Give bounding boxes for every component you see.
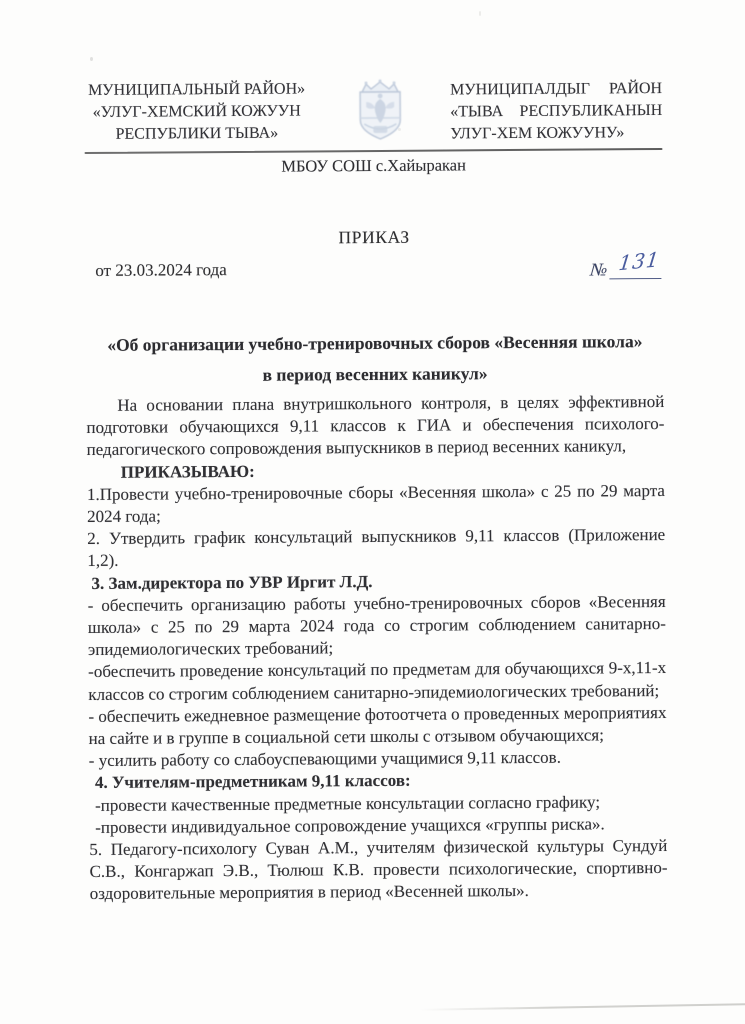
order-point-5: 5. Педагогу-психологу Суван А.М., учител… <box>89 835 667 906</box>
org-line: УЛУГ-ХЕМ КОЖУУНУ» <box>450 122 662 145</box>
order-point-3-sub-3: - обеспечить ежедневное размещение фотоо… <box>88 702 666 750</box>
org-line: МУНИЦИПАЛДЫГ РАЙОН <box>450 78 662 101</box>
org-line: «ТЫВА РЕСПУБЛИКАНЫН <box>450 100 662 123</box>
order-point-3-sub-1: - обеспечить организацию работы учебно-т… <box>88 591 666 662</box>
letterhead: МУНИЦИПАЛЬНЫЙ РАЙОН» «УЛУГ-ХЕМСКИЙ КОЖУУ… <box>84 76 662 148</box>
org-line: РЕСПУБЛИКИ ТЫВА» <box>84 122 309 146</box>
number-blank-line: 131 <box>609 257 661 279</box>
order-point-1: 1.Провести учебно-тренировочные сборы «В… <box>87 480 665 528</box>
org-line: МУНИЦИПАЛЬНЫЙ РАЙОН» <box>84 78 309 102</box>
order-point-3-sub-2: -обеспечить проведение консультаций по п… <box>88 657 666 705</box>
preamble: На основании плана внутришкольного контр… <box>86 391 664 462</box>
coat-of-arms-icon <box>349 78 411 146</box>
order-title: «Об организации учебно-тренировочных сбо… <box>86 326 664 392</box>
order-date: от 23.03.2024 года <box>85 260 227 281</box>
scan-speck <box>479 11 481 16</box>
order-title-line-1: «Об организации учебно-тренировочных сбо… <box>86 326 664 361</box>
scan-artifact-line <box>420 1003 745 1011</box>
org-name-tuvan: МУНИЦИПАЛДЫГ РАЙОН «ТЫВА РЕСПУБЛИКАНЫН У… <box>450 76 662 145</box>
order-number: № 131 <box>590 257 661 279</box>
number-sign: № <box>589 259 608 279</box>
document-page: МУНИЦИПАЛЬНЫЙ РАЙОН» «УЛУГ-ХЕМСКИЙ КОЖУУ… <box>0 0 745 1024</box>
order-body: На основании плана внутришкольного контр… <box>86 391 668 906</box>
order-title-line-2: в период весенних каникул» <box>86 357 664 392</box>
order-meta-row: от 23.03.2024 года № 131 <box>85 257 663 289</box>
school-name: МБОУ СОШ с.Хайыракан <box>85 152 663 179</box>
org-line: «УЛУГ-ХЕМСКИЙ КОЖУУН <box>84 100 309 124</box>
order-point-2: 2. Утвердить график консультаций выпускн… <box>87 524 665 572</box>
document-content: МУНИЦИПАЛЬНЫЙ РАЙОН» «УЛУГ-ХЕМСКИЙ КОЖУУ… <box>84 76 668 906</box>
scan-speck <box>90 57 93 61</box>
handwritten-order-number: 131 <box>617 247 661 275</box>
document-type-title: ПРИКАЗ <box>85 225 663 250</box>
org-name-russian: МУНИЦИПАЛЬНЫЙ РАЙОН» «УЛУГ-ХЕМСКИЙ КОЖУУ… <box>84 78 309 146</box>
